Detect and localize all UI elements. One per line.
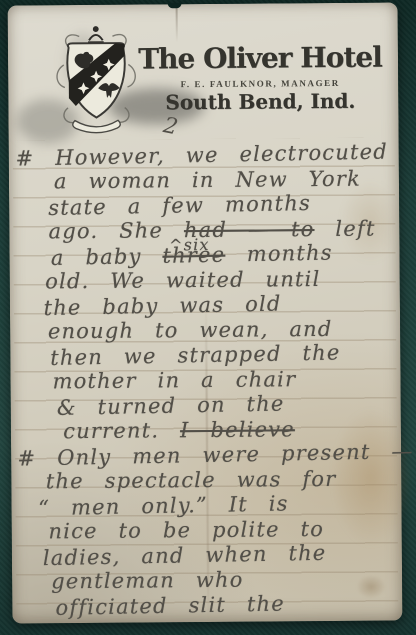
city-line: South Bend, Ind. <box>136 89 384 115</box>
letterhead: The Oliver Hotel F. E. FAULKNOR, MANAGER… <box>136 43 385 115</box>
handwritten-text: gentleman who <box>51 568 244 594</box>
page-number: 2 <box>161 113 180 140</box>
hotel-crest-icon <box>52 25 141 140</box>
handwritten-text: old. We waited until <box>45 267 320 293</box>
handwritten-text: & turned on the <box>57 391 285 419</box>
handwritten-text: ladies, and when the <box>43 541 327 570</box>
handwritten-text: months <box>226 241 333 267</box>
handwritten-text: the spectacle was for <box>46 467 337 494</box>
letter-body: # However, we electrocuteda woman in New… <box>13 141 397 621</box>
handwritten-text: enough to wean, and <box>48 317 333 343</box>
paper-tear-notch <box>168 3 182 8</box>
handwritten-text: “ men only.” It is <box>38 491 289 520</box>
handwritten-text: state a few months <box>48 191 311 220</box>
handwritten-text: a woman in New York <box>54 167 361 194</box>
handwritten-text: then we strapped the <box>50 340 341 370</box>
hotel-name: The Oliver Hotel <box>136 43 384 75</box>
inserted-word: ^six <box>169 235 210 255</box>
handwritten-text: the baby was old <box>43 292 281 321</box>
handwritten-text: ago. She <box>48 218 184 243</box>
handwritten-text: nice to be polite to <box>48 517 324 543</box>
letter-sheet: The Oliver Hotel F. E. FAULKNOR, MANAGER… <box>8 2 403 623</box>
handwritten-text: left <box>314 217 375 242</box>
handwritten-text: officiated slit the <box>55 592 285 620</box>
handwritten-text: mother in a chair <box>52 367 296 393</box>
manager-line: F. E. FAULKNOR, MANAGER <box>136 78 384 90</box>
struck-out-text: I believe <box>180 417 295 442</box>
handwritten-text: a baby <box>51 244 163 270</box>
paper-crease <box>176 4 178 42</box>
letter-line: officiated slit the <box>19 589 397 621</box>
handwritten-text: current. <box>63 418 180 443</box>
